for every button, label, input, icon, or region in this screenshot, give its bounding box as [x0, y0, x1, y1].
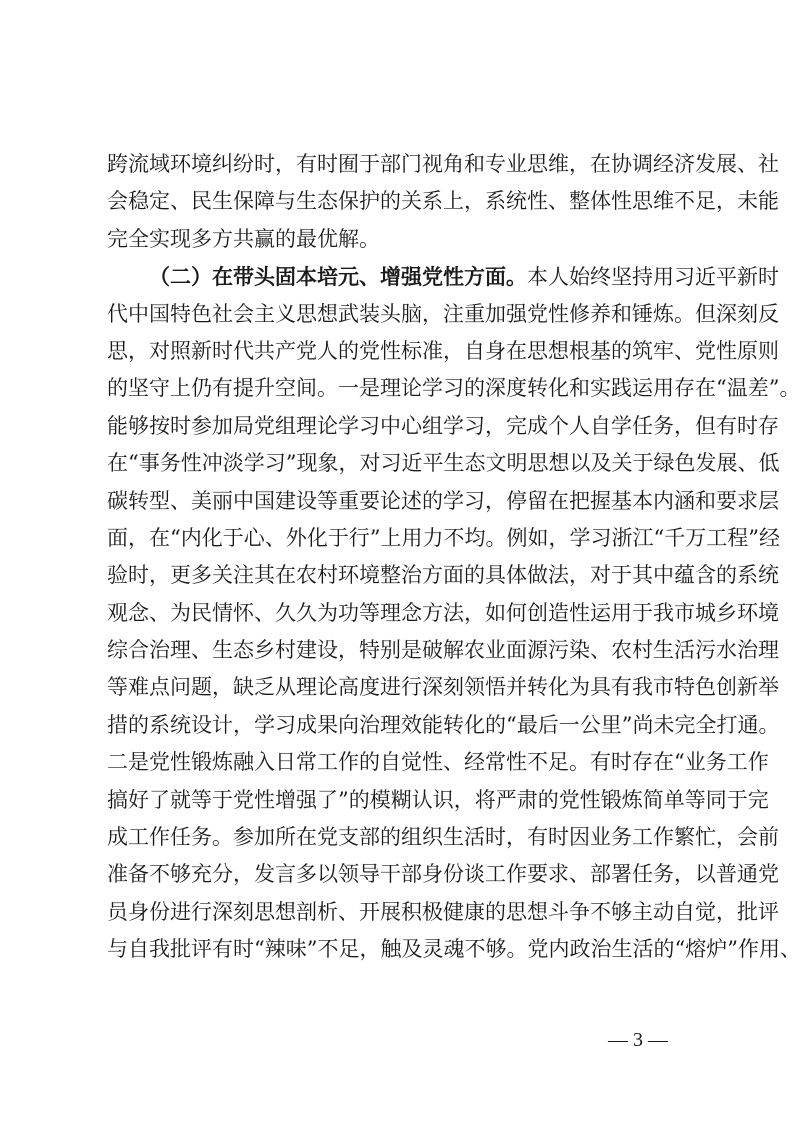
text-line: 等难点问题，缺乏从理论高度进行深刻领悟并转化为具有我市特色创新举: [107, 669, 695, 706]
text-segment: 本人始终坚持用习近平新时: [527, 265, 779, 289]
text-line: 与自我批评有时“辣味”不足，触及灵魂不够。党内政治生活的“熔炉”作用、: [107, 931, 695, 968]
text-line: 措的系统设计，学习成果向治理效能转化的“最后一公里”尚未完全打通。: [107, 707, 695, 744]
text-line: 准备不够充分，发言多以领导干部身份谈工作要求、部署任务，以普通党: [107, 856, 695, 893]
text-line: 观念、为民情怀、久久为功等理念方法，如何创造性运用于我市城乡环境: [107, 595, 695, 632]
text-line: 思，对照新时代共产党人的党性标准，自身在思想根基的筑牢、党性原则: [107, 333, 695, 370]
text-line: 碳转型、美丽中国建设等重要论述的学习，停留在把握基本内涵和要求层: [107, 483, 695, 520]
text-line: 搞好了就等于党性增强了”的模糊认识，将严肃的党性锻炼简单等同于完: [107, 782, 695, 819]
document-body: 跨流域环境纠纷时，有时囿于部门视角和专业思维，在协调经济发展、社 会稳定、民生保…: [107, 146, 695, 969]
document-page: 跨流域环境纠纷时，有时囿于部门视角和专业思维，在协调经济发展、社 会稳定、民生保…: [0, 0, 793, 1122]
paragraph-heading-line: （二）在带头固本培元、增强党性方面。本人始终坚持用习近平新时: [107, 258, 695, 295]
text-line: 综合治理、生态乡村建设，特别是破解农业面源污染、农村生活污水治理: [107, 632, 695, 669]
text-line: 会稳定、民生保障与生态保护的关系上，系统性、整体性思维不足，未能: [107, 183, 695, 220]
text-line: 员身份进行深刻思想剖析、开展积极健康的思想斗争不够主动自觉，批评: [107, 894, 695, 931]
page-number: — 3 —: [600, 1026, 676, 1054]
section-heading: （二）在带头固本培元、增强党性方面。: [149, 264, 527, 289]
text-line: 跨流域环境纠纷时，有时囿于部门视角和专业思维，在协调经济发展、社: [107, 146, 695, 183]
text-line: 验时，更多关注其在农村环境整治方面的具体做法，对于其中蕴含的系统: [107, 557, 695, 594]
text-line: 能够按时参加局党组理论学习中心组学习，完成个人自学任务，但有时存: [107, 408, 695, 445]
text-line: 成工作任务。参加所在党支部的组织生活时，有时因业务工作繁忙，会前: [107, 819, 695, 856]
text-line: 的坚守上仍有提升空间。一是理论学习的深度转化和实践运用存在“温差”。: [107, 370, 695, 407]
text-line: 面，在“内化于心、外化于行”上用力不均。例如，学习浙江“千万工程”经: [107, 520, 695, 557]
text-line: 完全实现多方共赢的最优解。: [107, 221, 695, 258]
text-line: 代中国特色社会主义思想武装头脑，注重加强党性修养和锤炼。但深刻反: [107, 296, 695, 333]
text-line: 在“事务性冲淡学习”现象，对习近平生态文明思想以及关于绿色发展、低: [107, 445, 695, 482]
text-line: 二是党性锻炼融入日常工作的自觉性、经常性不足。有时存在“业务工作: [107, 744, 695, 781]
